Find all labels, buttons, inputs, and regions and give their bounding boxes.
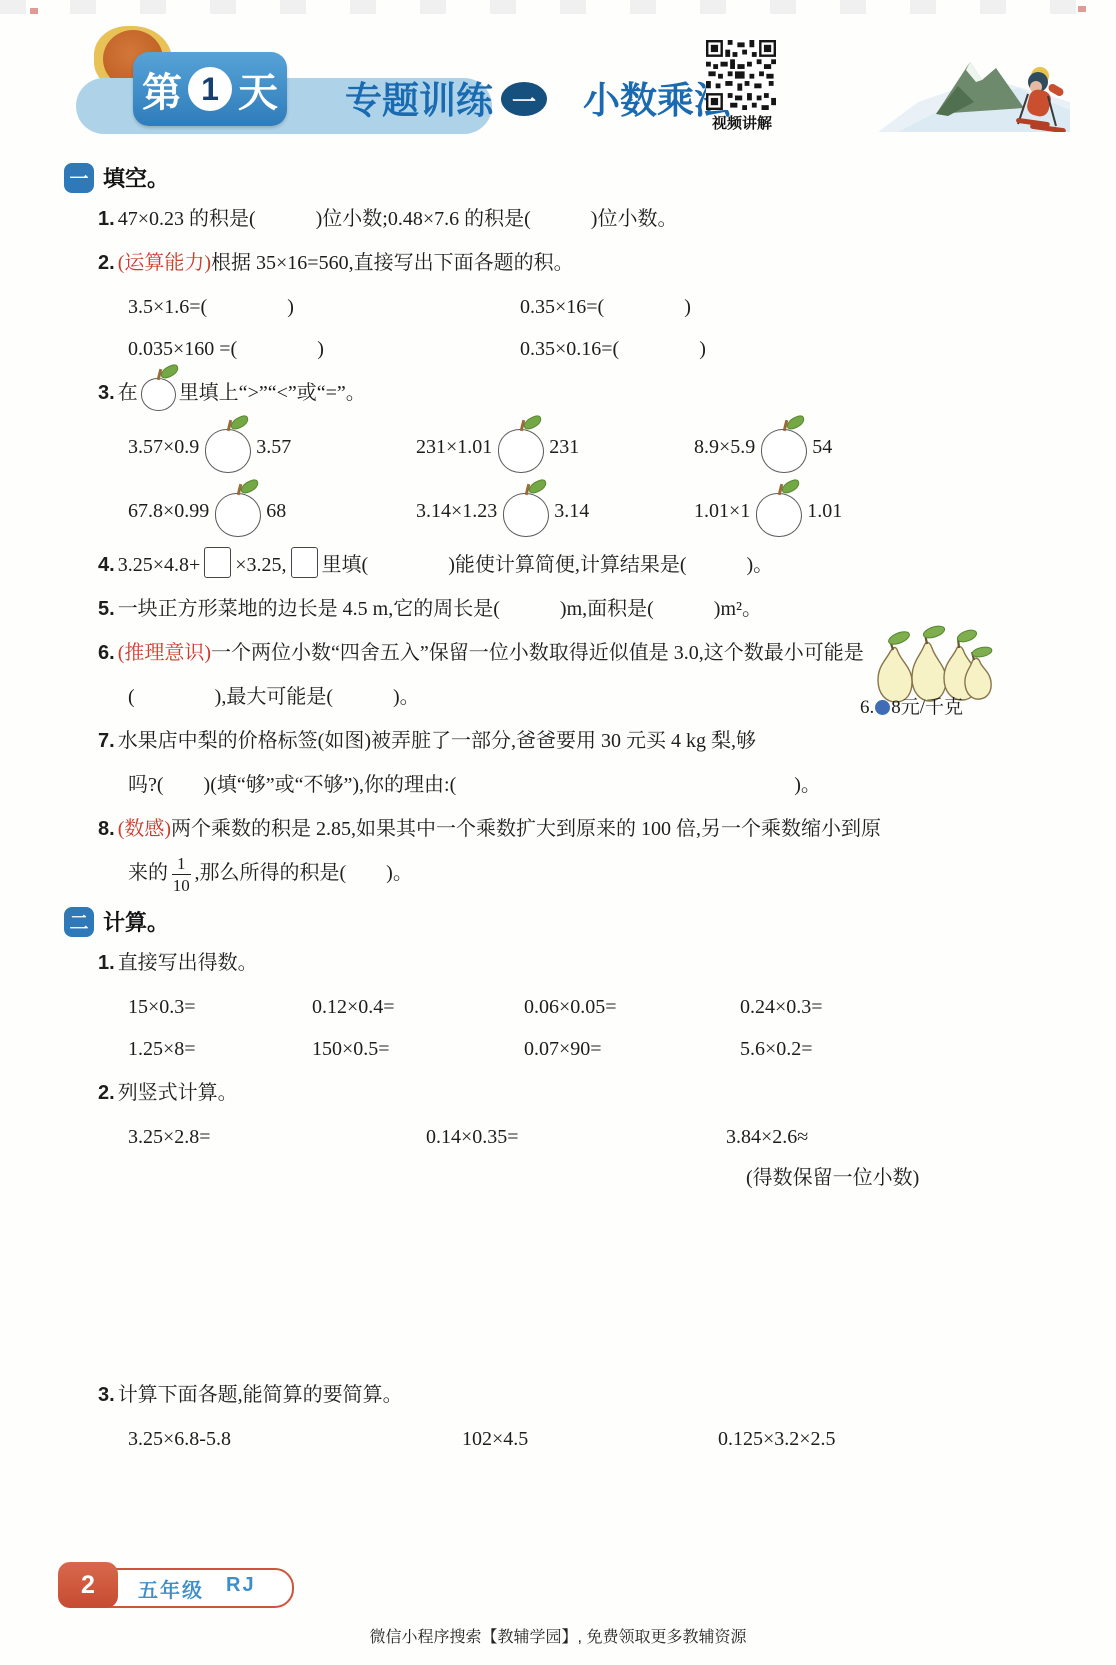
day-suffix: 天 xyxy=(238,61,278,118)
right-value: 1.01 xyxy=(807,500,842,523)
section-1-title: 填空。 xyxy=(103,162,169,193)
item-text: ,那么所得的积是( )。 xyxy=(195,862,413,884)
calc-expression: 102×4.5 xyxy=(462,1421,718,1457)
item-number: 2. xyxy=(98,1082,115,1104)
compare-cell: 8.9×5.954 xyxy=(694,419,1082,475)
fill-item-3: 3.在里填上“>”“<”或“=”。 xyxy=(98,375,1082,411)
price-smudge xyxy=(875,700,890,715)
promo-text: 微信小程序搜索【教辅学园】, 免费领取更多教辅资源 xyxy=(0,1624,1116,1647)
day-number: 1 xyxy=(188,67,232,111)
apple-placeholder xyxy=(503,493,549,537)
item-number: 6. xyxy=(98,642,115,664)
compare-cell: 67.8×0.9968 xyxy=(128,483,416,539)
expression: 3.5×1.6=( ) xyxy=(128,289,520,325)
fill-item-7: 7.水果店中梨的价格标签(如图)被弄脏了一部分,爸爸要用 30 元买 4 kg … xyxy=(98,723,1082,759)
apple-compare-row-1: 3.57×0.93.57 231×1.01231 8.9×5.954 xyxy=(128,419,1082,475)
fraction-denominator: 10 xyxy=(172,875,191,894)
item-text: 47×0.23 的积是( )位小数;0.48×7.6 的积是( )位小数。 xyxy=(118,208,678,230)
apple-placeholder xyxy=(141,378,176,411)
apple-placeholder xyxy=(756,493,802,537)
item-text: 直接写出得数。 xyxy=(118,952,258,974)
item-text: 计算下面各题,能简算的要简算。 xyxy=(118,1384,403,1406)
left-value: 8.9×5.9 xyxy=(694,436,755,459)
vertical-calc-row: 3.25×2.8= 0.14×0.35= 3.84×2.6≈ xyxy=(128,1119,1082,1155)
section-2-title: 计算。 xyxy=(103,906,169,937)
blank-box xyxy=(204,547,231,578)
compare-cell: 1.01×11.01 xyxy=(694,483,1082,539)
apple-placeholder xyxy=(205,429,251,473)
expression: 0.35×16=( ) xyxy=(520,289,1082,325)
item-number: 5. xyxy=(98,598,115,620)
item-text: 3.25×4.8+ xyxy=(118,554,201,576)
compare-cell: 3.57×0.93.57 xyxy=(128,419,416,475)
skier-illustration xyxy=(878,36,1070,132)
expression: 0.035×160 =( ) xyxy=(128,331,520,367)
price-label: 6.8元/千克 xyxy=(860,692,963,719)
item-number: 7. xyxy=(98,730,115,752)
calc-expression: 3.25×6.8-5.8 xyxy=(128,1421,462,1457)
ability-tag: (推理意识) xyxy=(118,642,211,664)
working-space xyxy=(98,1365,1082,1369)
item-text: 根据 35×16=560,直接写出下面各题的积。 xyxy=(211,252,574,274)
fill-item-2-row-1: 3.5×1.6=( ) 0.35×16=( ) xyxy=(128,289,1082,325)
item-number: 8. xyxy=(98,818,115,840)
item-number: 3. xyxy=(98,1384,115,1406)
ability-tag: (运算能力) xyxy=(118,252,211,274)
item-text: 里填上“>”“<”或“=”。 xyxy=(179,382,366,404)
calc-expression: 15×0.3= xyxy=(128,989,312,1025)
calc-expression: 0.06×0.05= xyxy=(524,989,740,1025)
compare-cell: 3.14×1.233.14 xyxy=(416,483,694,539)
section-2-header: 二 计算。 xyxy=(64,906,1082,937)
calc-item-1: 1.直接写出得数。 xyxy=(98,945,1082,981)
fill-item-8-line-2: 来的110,那么所得的积是( )。 xyxy=(128,855,1082,894)
item-text: 在 xyxy=(118,382,138,404)
simplify-row: 3.25×6.8-5.8 102×4.5 0.125×3.2×2.5 xyxy=(128,1421,1082,1457)
calc-expression: 150×0.5= xyxy=(312,1031,524,1067)
calc-expression: 3.84×2.6≈ xyxy=(726,1119,1082,1155)
mental-math-row-1: 15×0.3= 0.12×0.4= 0.06×0.05= 0.24×0.3= xyxy=(128,989,1082,1025)
mental-math-row-2: 1.25×8= 150×0.5= 0.07×90= 5.6×0.2= xyxy=(128,1031,1082,1067)
item-text: 里填( )能使计算简便,计算结果是( )。 xyxy=(322,554,774,576)
item-text: 两个乘数的积是 2.85,如果其中一个乘数扩大到原来的 100 倍,另一个乘数缩… xyxy=(171,818,881,840)
fill-item-7-line-2: 吗?( )(填“够”或“不够”),你的理由:()。 xyxy=(128,767,1082,803)
apple-placeholder xyxy=(761,429,807,473)
expression: 0.35×0.16=( ) xyxy=(520,331,1082,367)
calc-expression: 0.12×0.4= xyxy=(312,989,524,1025)
print-speck xyxy=(1078,6,1086,12)
item-text: 一块正方形菜地的边长是 4.5 m,它的周长是( )m,面积是( )m²。 xyxy=(118,598,762,620)
worksheet-page: 第 1 天 专题训练 一 小数乘法 视频讲解 xyxy=(0,0,1116,1665)
day-prefix: 第 xyxy=(142,61,182,118)
calc-expression: 1.25×8= xyxy=(128,1031,312,1067)
right-value: 68 xyxy=(266,500,286,523)
item-text: )。 xyxy=(794,774,821,796)
edition-label: RJ xyxy=(226,1574,256,1603)
page-title: 专题训练 一 小数乘法 xyxy=(345,70,731,124)
day-badge: 第 1 天 xyxy=(133,52,287,126)
left-value: 3.57×0.9 xyxy=(128,436,199,459)
item-number: 1. xyxy=(98,208,115,230)
item-number: 1. xyxy=(98,952,115,974)
fill-item-1: 1.47×0.23 的积是( )位小数;0.48×7.6 的积是( )位小数。 xyxy=(98,201,1082,237)
calc-item-3: 3.计算下面各题,能简算的要简算。 xyxy=(98,1377,1082,1413)
fill-item-2-row-2: 0.035×160 =( ) 0.35×0.16=( ) xyxy=(128,331,1082,367)
grade-text: 五年级 RJ xyxy=(138,1574,256,1603)
item-text: ×3.25, xyxy=(235,554,286,576)
calc-expression: 3.25×2.8= xyxy=(128,1119,426,1155)
item-number: 4. xyxy=(98,554,115,576)
title-main: 专题训练 xyxy=(345,70,493,124)
page-number-badge: 2 xyxy=(58,1562,118,1608)
left-value: 3.14×1.23 xyxy=(416,500,497,523)
right-value: 3.14 xyxy=(554,500,589,523)
item-number: 2. xyxy=(98,252,115,274)
right-value: 3.57 xyxy=(256,436,291,459)
calc-expression: 0.24×0.3= xyxy=(740,989,1082,1025)
qr-label: 视频讲解 xyxy=(692,112,792,133)
fill-item-8: 8.(数感)两个乘数的积是 2.85,如果其中一个乘数扩大到原来的 100 倍,… xyxy=(98,811,1082,847)
print-speck xyxy=(30,8,38,14)
section-1-icon: 一 xyxy=(64,163,94,193)
apple-placeholder xyxy=(215,493,261,537)
scan-artifact xyxy=(0,0,1116,14)
price-suffix: 8元/千克 xyxy=(891,697,963,718)
grade-label: 五年级 xyxy=(138,1574,204,1603)
fill-item-4: 4.3.25×4.8+×3.25,里填( )能使计算简便,计算结果是( )。 xyxy=(98,547,1082,583)
item-text: 一个两位小数“四舍五入”保留一位小数取得近似值是 3.0,这个数最小可能是 xyxy=(211,642,864,664)
qr-code xyxy=(706,40,776,110)
price-prefix: 6. xyxy=(860,697,874,718)
compare-cell: 231×1.01231 xyxy=(416,419,694,475)
right-value: 231 xyxy=(549,436,579,459)
ability-tag: (数感) xyxy=(118,818,171,840)
calc-expression: 0.07×90= xyxy=(524,1031,740,1067)
left-value: 67.8×0.99 xyxy=(128,500,209,523)
left-value: 231×1.01 xyxy=(416,436,492,459)
calc-item-2: 2.列竖式计算。 xyxy=(98,1075,1082,1111)
calc-expression: 5.6×0.2= xyxy=(740,1031,1082,1067)
section-2-icon: 二 xyxy=(64,907,94,937)
item-text: 水果店中梨的价格标签(如图)被弄脏了一部分,爸爸要用 30 元买 4 kg 梨,… xyxy=(118,730,756,752)
fraction: 110 xyxy=(172,855,191,894)
section-1-header: 一 填空。 xyxy=(64,162,1082,193)
item-text: ( ),最大可能是( )。 xyxy=(128,686,420,708)
item-text: 来的 xyxy=(128,862,168,884)
title-number-badge: 一 xyxy=(501,82,547,116)
rounding-note: (得数保留一位小数) xyxy=(746,1161,1082,1195)
blank-box xyxy=(291,547,318,578)
apple-placeholder xyxy=(498,429,544,473)
fraction-numerator: 1 xyxy=(172,855,191,875)
item-text: 吗?( )(填“够”或“不够”),你的理由:( xyxy=(128,774,456,796)
fill-item-2: 2.(运算能力)根据 35×16=560,直接写出下面各题的积。 xyxy=(98,245,1082,281)
apple-compare-row-2: 67.8×0.9968 3.14×1.233.14 1.01×11.01 xyxy=(128,483,1082,539)
item-number: 3. xyxy=(98,382,115,404)
right-value: 54 xyxy=(812,436,832,459)
item-text: 列竖式计算。 xyxy=(118,1082,238,1104)
calc-expression: 0.125×3.2×2.5 xyxy=(718,1421,1082,1457)
left-value: 1.01×1 xyxy=(694,500,750,523)
calc-expression: 0.14×0.35= xyxy=(426,1119,726,1155)
worksheet-body: 一 填空。 1.47×0.23 的积是( )位小数;0.48×7.6 的积是( … xyxy=(98,150,1082,1463)
